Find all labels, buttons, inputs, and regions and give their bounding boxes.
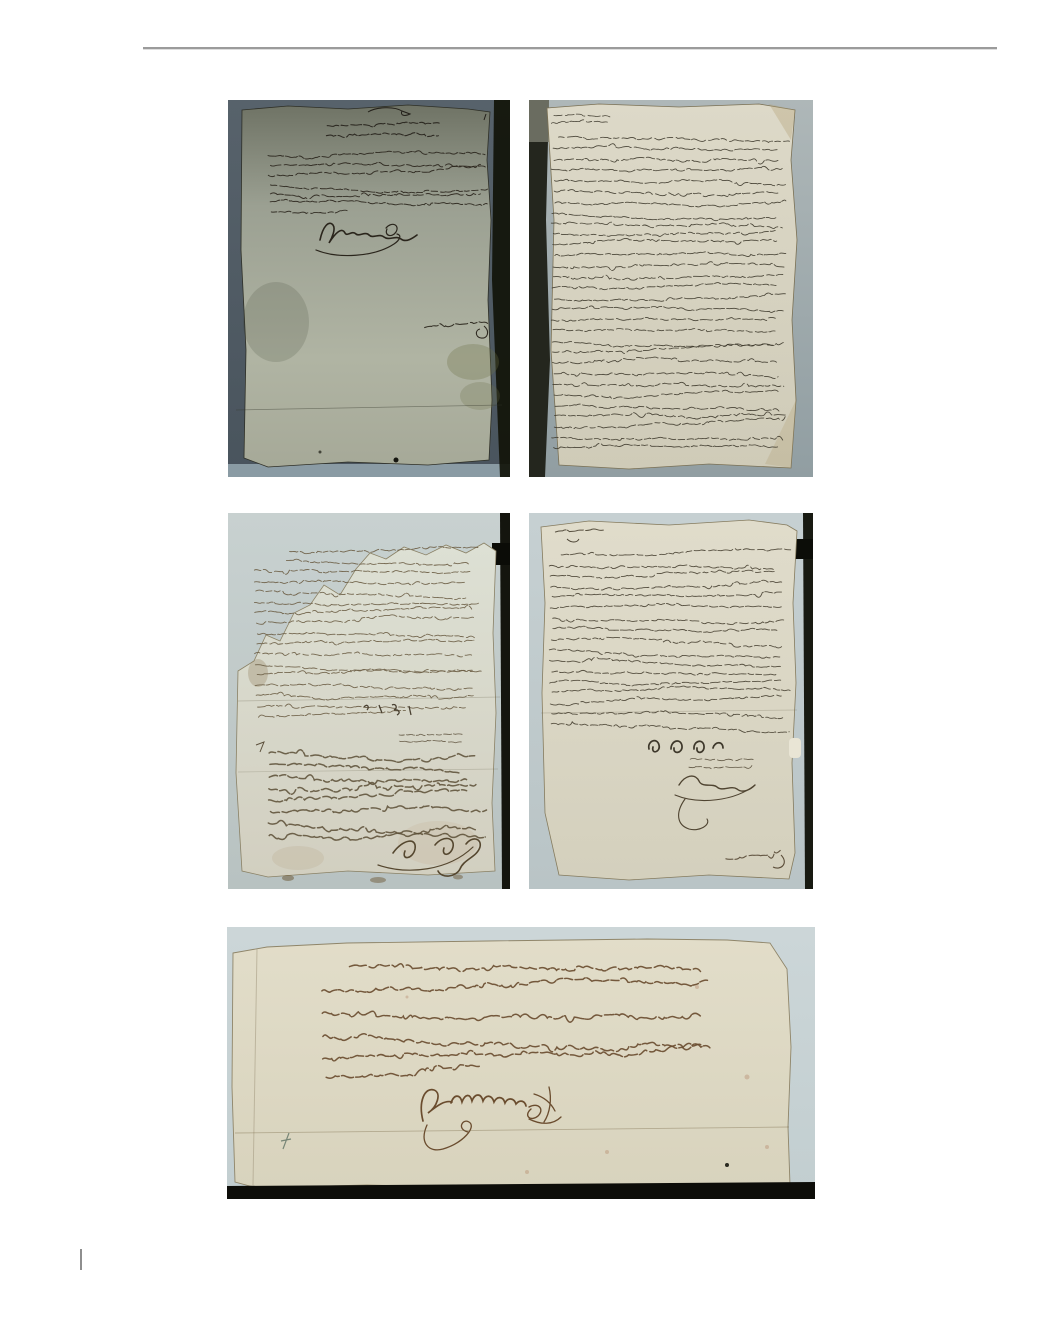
stain xyxy=(243,282,309,362)
stain xyxy=(272,846,324,870)
paper xyxy=(541,520,797,880)
header-rule xyxy=(143,47,997,49)
stain xyxy=(248,659,268,687)
paper-chip xyxy=(789,738,801,758)
photo-3-canvas xyxy=(228,513,510,889)
footer-caret-marker xyxy=(80,1249,82,1270)
paper xyxy=(547,104,797,469)
document-page xyxy=(0,0,1040,1338)
stain-spot xyxy=(319,451,322,454)
stain xyxy=(447,344,499,380)
stain-spot xyxy=(282,875,294,881)
photo-1-canvas xyxy=(228,100,510,477)
photo-2-canvas xyxy=(529,100,813,477)
binding-notch xyxy=(795,539,813,559)
manuscript-photo-4 xyxy=(529,513,813,889)
photo-5-canvas xyxy=(227,927,815,1199)
photo-4-canvas xyxy=(529,513,813,889)
stain-spot xyxy=(725,1163,729,1167)
manuscript-photo-1 xyxy=(228,100,510,477)
binding-strip xyxy=(529,100,550,477)
binding-top xyxy=(529,100,549,142)
manuscript-photo-5 xyxy=(227,927,815,1199)
paper xyxy=(232,939,791,1189)
manuscript-photo-3 xyxy=(228,513,510,889)
stain-spot xyxy=(370,877,386,883)
manuscript-photo-2 xyxy=(529,100,813,477)
stain-spot xyxy=(394,458,399,463)
